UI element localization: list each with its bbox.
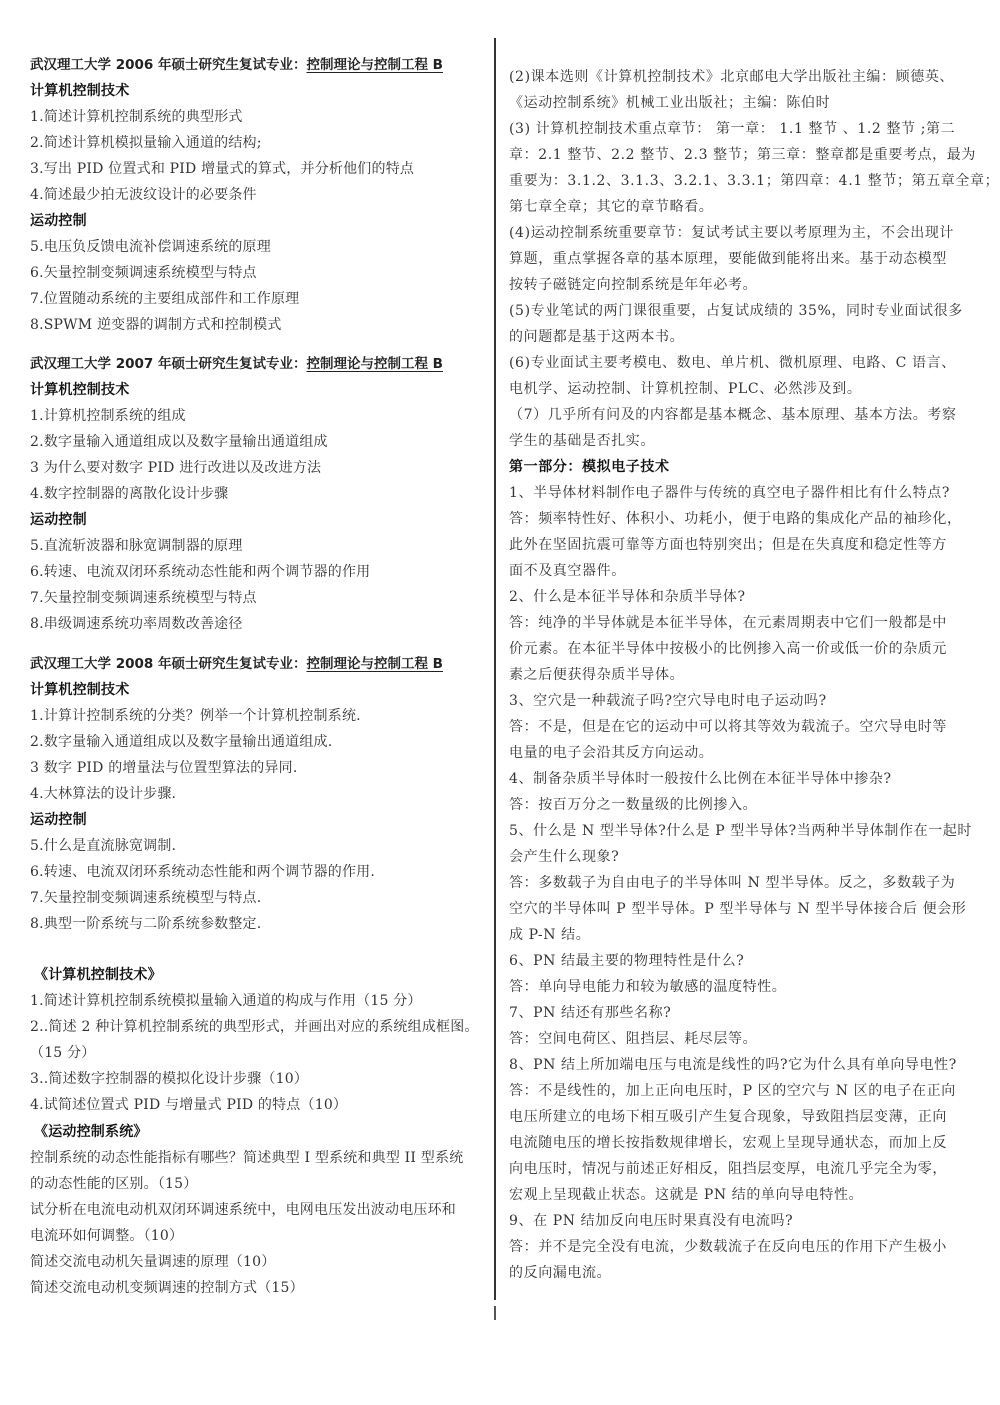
- exam-2008-item: 8.典型一阶系统与二阶系统参数整定.: [30, 914, 261, 934]
- computer-control-line: 3..简述数字控制器的模拟化设计步骤（10）: [30, 1069, 308, 1089]
- motion-control-heading: 《运动控制系统》: [34, 1122, 148, 1142]
- qa-line: 向电压时，情况与前述正好相反，阻挡层变厚，电流几乎完全为零，: [509, 1159, 947, 1179]
- document-page: 武汉理工大学 2006 年硕士研究生复试专业：控制理论与控制工程 B 计算机控制…: [0, 0, 1000, 1405]
- qa-line: 答：按百万分之一数量级的比例掺入。: [509, 795, 757, 815]
- exam-2006-title-major: 控制理论与控制工程 B: [306, 57, 443, 73]
- exam-2007-section1-heading: 计算机控制技术: [30, 380, 129, 400]
- motion-control-line: 控制系统的动态性能指标有哪些？简述典型 I 型系统和典型 II 型系统: [30, 1148, 463, 1168]
- exam-2007-section2-heading: 运动控制: [30, 510, 87, 530]
- column-divider: [494, 38, 496, 1300]
- note-line: (2)课本选则《计算机控制技术》北京邮电大学出版社主编：顾德英、: [509, 67, 954, 87]
- note-line: 算题，重点掌握各章的基本原理，要能做到能将出来。基于动态模型: [509, 249, 947, 269]
- qa-line: 电流随电压的增长按指数规律增长，宏观上呈现导通状态，而加上反: [509, 1133, 947, 1153]
- qa-line: 电量的电子会沿其反方向运动。: [509, 743, 713, 763]
- exam-2006-item: 7.位置随动系统的主要组成部件和工作原理: [30, 289, 299, 309]
- qa-line: 4、制备杂质半导体时一般按什么比例在本征半导体中掺杂?: [509, 769, 892, 789]
- exam-2007-item: 8.串级调速系统功率周数改善途径: [30, 614, 243, 634]
- exam-2008-item: 7.矢量控制变频调速系统模型与特点.: [30, 888, 261, 908]
- qa-line: 1、半导体材料制作电子器件与传统的真空电子器件相比有什么特点?: [509, 483, 950, 503]
- exam-2006-section2-heading: 运动控制: [30, 211, 87, 231]
- qa-line: 宏观上呈现截止状态。这就是 PN 结的单向导电特性。: [509, 1185, 863, 1205]
- note-line: 第七章全章；其它的章节略看。: [509, 197, 713, 217]
- computer-control-line: 1.简述计算机控制系统模拟量输入通道的构成与作用（15 分）: [30, 991, 422, 1011]
- page-marker: [494, 1306, 496, 1320]
- qa-line: 会产生什么现象?: [509, 847, 619, 867]
- qa-line: 价元素。在本征半导体中按极小的比例掺入高一价或低一价的杂质元: [509, 639, 947, 659]
- qa-line: 答：多数载子为自由电子的半导体叫 N 型半导体。反之，多数载子为: [509, 873, 955, 893]
- exam-2006-item: 8.SPWM 逆变器的调制方式和控制模式: [30, 315, 282, 335]
- exam-2007-item: 6.转速、电流双闭环系统动态性能和两个调节器的作用: [30, 562, 370, 582]
- exam-2008-item: 4.大林算法的设计步骤.: [30, 784, 176, 804]
- qa-line: 此外在坚固抗震可靠等方面也特别突出；但是在失真度和稳定性等方: [509, 535, 947, 555]
- exam-2007-item: 2.数字量输入通道组成以及数字量输出通道组成: [30, 432, 328, 452]
- exam-2008-section1-heading: 计算机控制技术: [30, 680, 129, 700]
- exam-2007-title: 武汉理工大学 2007 年硕士研究生复试专业：控制理论与控制工程 B: [30, 354, 443, 374]
- exam-2008-item: 3 数字 PID 的增量法与位置型算法的异同.: [30, 758, 297, 778]
- qa-line: 答：不是，但是在它的运动中可以将其等效为载流子。空穴导电时等: [509, 717, 947, 737]
- exam-2007-item: 3 为什么要对数字 PID 进行改进以及改进方法: [30, 458, 321, 478]
- note-line: (6)专业面试主要考模电、数电、单片机、微机原理、电路、C 语言、: [509, 353, 956, 373]
- qa-line: 答：不是线性的，加上正向电压时，P 区的空穴与 N 区的电子在正向: [509, 1081, 956, 1101]
- exam-2008-item: 1.计算计控制系统的分类？例举一个计算机控制系统.: [30, 706, 361, 726]
- exam-2006-item: 6.矢量控制变频调速系统模型与特点: [30, 263, 257, 283]
- note-line: 学生的基础是否扎实。: [509, 431, 655, 451]
- qa-line: 成 P-N 结。: [509, 925, 590, 945]
- note-line: （7）几乎所有问及的内容都是基本概念、基本原理、基本方法。考察: [509, 405, 957, 425]
- exam-2006-item: 5.电压负反馈电流补偿调速系统的原理: [30, 237, 271, 257]
- motion-control-line: 简述交流电动机矢量调速的原理（10）: [30, 1252, 275, 1272]
- exam-2008-item: 2.数字量输入通道组成以及数字量输出通道组成.: [30, 732, 332, 752]
- exam-2007-title-major: 控制理论与控制工程 B: [306, 356, 443, 372]
- note-line: 重要为：3.1.2、3.1.3、3.2.1、3.3.1；第四章：4.1 整节；第…: [509, 171, 999, 191]
- qa-line: 7、PN 结还有那些名称?: [509, 1003, 671, 1023]
- exam-2006-title-prefix: 武汉理工大学 2006 年硕士研究生复试专业：: [30, 57, 306, 73]
- qa-line: 面不及真空器件。: [509, 561, 626, 581]
- part1-heading: 第一部分：模拟电子技术: [509, 457, 670, 477]
- exam-2006-item: 1.简述计算机控制系统的典型形式: [30, 107, 243, 127]
- motion-control-line: 的动态性能的区别。（15）: [30, 1174, 197, 1194]
- exam-2008-title-prefix: 武汉理工大学 2008 年硕士研究生复试专业：: [30, 656, 306, 672]
- computer-control-heading: 《计算机控制技术》: [34, 965, 162, 985]
- exam-2007-item: 5.直流斩波器和脉宽调制器的原理: [30, 536, 243, 556]
- qa-line: 答：空间电荷区、阻挡层、耗尽层等。: [509, 1029, 757, 1049]
- exam-2006-item: 2.简述计算机模拟量输入通道的结构;: [30, 133, 262, 153]
- note-line: 章：2.1 整节、2.2 整节、2.3 整节；第三章：整章都是重要考点，最为: [509, 145, 976, 165]
- qa-line: 答：并不是完全没有电流，少数载流子在反向电压的作用下产生极小: [509, 1237, 947, 1257]
- note-line: (4)运动控制系统重要章节：复试考试主要以考原理为主，不会出现计: [509, 223, 954, 243]
- qa-line: 答：纯净的半导体就是本征半导体，在元素周期表中它们一般都是中: [509, 613, 947, 633]
- computer-control-line: （15 分）: [30, 1043, 95, 1063]
- qa-line: 空穴的半导体叫 P 型半导体。P 型半导体与 N 型半导体接合后 便会形: [509, 899, 966, 919]
- note-line: 的问题都是基于这两本书。: [509, 327, 684, 347]
- exam-2008-section2-heading: 运动控制: [30, 810, 87, 830]
- note-line: (5)专业笔试的两门课很重要，占复试成绩的 35%，同时专业面试很多: [509, 301, 963, 321]
- note-line: 电机学、运动控制、计算机控制、PLC、必然涉及到。: [509, 379, 861, 399]
- motion-control-line: 简述交流电动机变频调速的控制方式（15）: [30, 1278, 304, 1298]
- exam-2006-title: 武汉理工大学 2006 年硕士研究生复试专业：控制理论与控制工程 B: [30, 55, 443, 75]
- qa-line: 3、空穴是一种载流子吗?空穴导电时电子运动吗?: [509, 691, 827, 711]
- exam-2006-section1-heading: 计算机控制技术: [30, 81, 129, 101]
- exam-2008-title: 武汉理工大学 2008 年硕士研究生复试专业：控制理论与控制工程 B: [30, 654, 443, 674]
- note-line: 《运动控制系统》机械工业出版社；主编：陈伯时: [509, 93, 830, 113]
- qa-line: 2、什么是本征半导体和杂质半导体?: [509, 587, 746, 607]
- qa-line: 素之后便获得杂质半导体。: [509, 665, 684, 685]
- exam-2008-item: 5.什么是直流脉宽调制.: [30, 836, 176, 856]
- qa-line: 6、PN 结最主要的物理特性是什么?: [509, 951, 744, 971]
- qa-line: 8、PN 结上所加端电压与电流是线性的吗?它为什么具有单向导电性?: [509, 1055, 957, 1075]
- computer-control-line: 4.试简述位置式 PID 与增量式 PID 的特点（10）: [30, 1095, 347, 1115]
- exam-2007-title-prefix: 武汉理工大学 2007 年硕士研究生复试专业：: [30, 356, 306, 372]
- exam-2008-item: 6.转速、电流双闭环系统动态性能和两个调节器的作用.: [30, 862, 375, 882]
- motion-control-line: 试分析在电流电动机双闭环调速系统中，电网电压发出波动电压环和: [30, 1200, 456, 1220]
- computer-control-line: 2..简述 2 种计算机控制系统的典型形式，并画出对应的系统组成框图。: [30, 1017, 479, 1037]
- qa-line: 的反向漏电流。: [509, 1263, 611, 1283]
- exam-2006-item: 3.写出 PID 位置式和 PID 增量式的算式，并分析他们的特点: [30, 159, 414, 179]
- exam-2007-item: 1.计算机控制系统的组成: [30, 406, 186, 426]
- qa-line: 答：单向导电能力和较为敏感的温度特性。: [509, 977, 786, 997]
- qa-line: 电压所建立的电场下相互吸引产生复合现象，导致阻挡层变薄，正向: [509, 1107, 947, 1127]
- exam-2008-title-major: 控制理论与控制工程 B: [306, 656, 443, 672]
- qa-line: 9、在 PN 结加反向电压时果真没有电流吗?: [509, 1211, 793, 1231]
- exam-2007-item: 7.矢量控制变频调速系统模型与特点: [30, 588, 257, 608]
- exam-2006-item: 4.简述最少拍无波纹设计的必要条件: [30, 185, 257, 205]
- note-line: (3) 计算机控制技术重点章节： 第一章： 1.1 整节 、1.2 整节 ;第二: [509, 119, 955, 139]
- qa-line: 答：频率特性好、体积小、功耗小，便于电路的集成化产品的袖珍化，: [509, 509, 962, 529]
- motion-control-line: 电流环如何调整。（10）: [30, 1226, 183, 1246]
- qa-line: 5、什么是 N 型半导体?什么是 P 型半导体?当两种半导体制作在一起时: [509, 821, 972, 841]
- note-line: 按转子磁链定向控制系统是年年必考。: [509, 275, 757, 295]
- exam-2007-item: 4.数字控制器的离散化设计步骤: [30, 484, 228, 504]
